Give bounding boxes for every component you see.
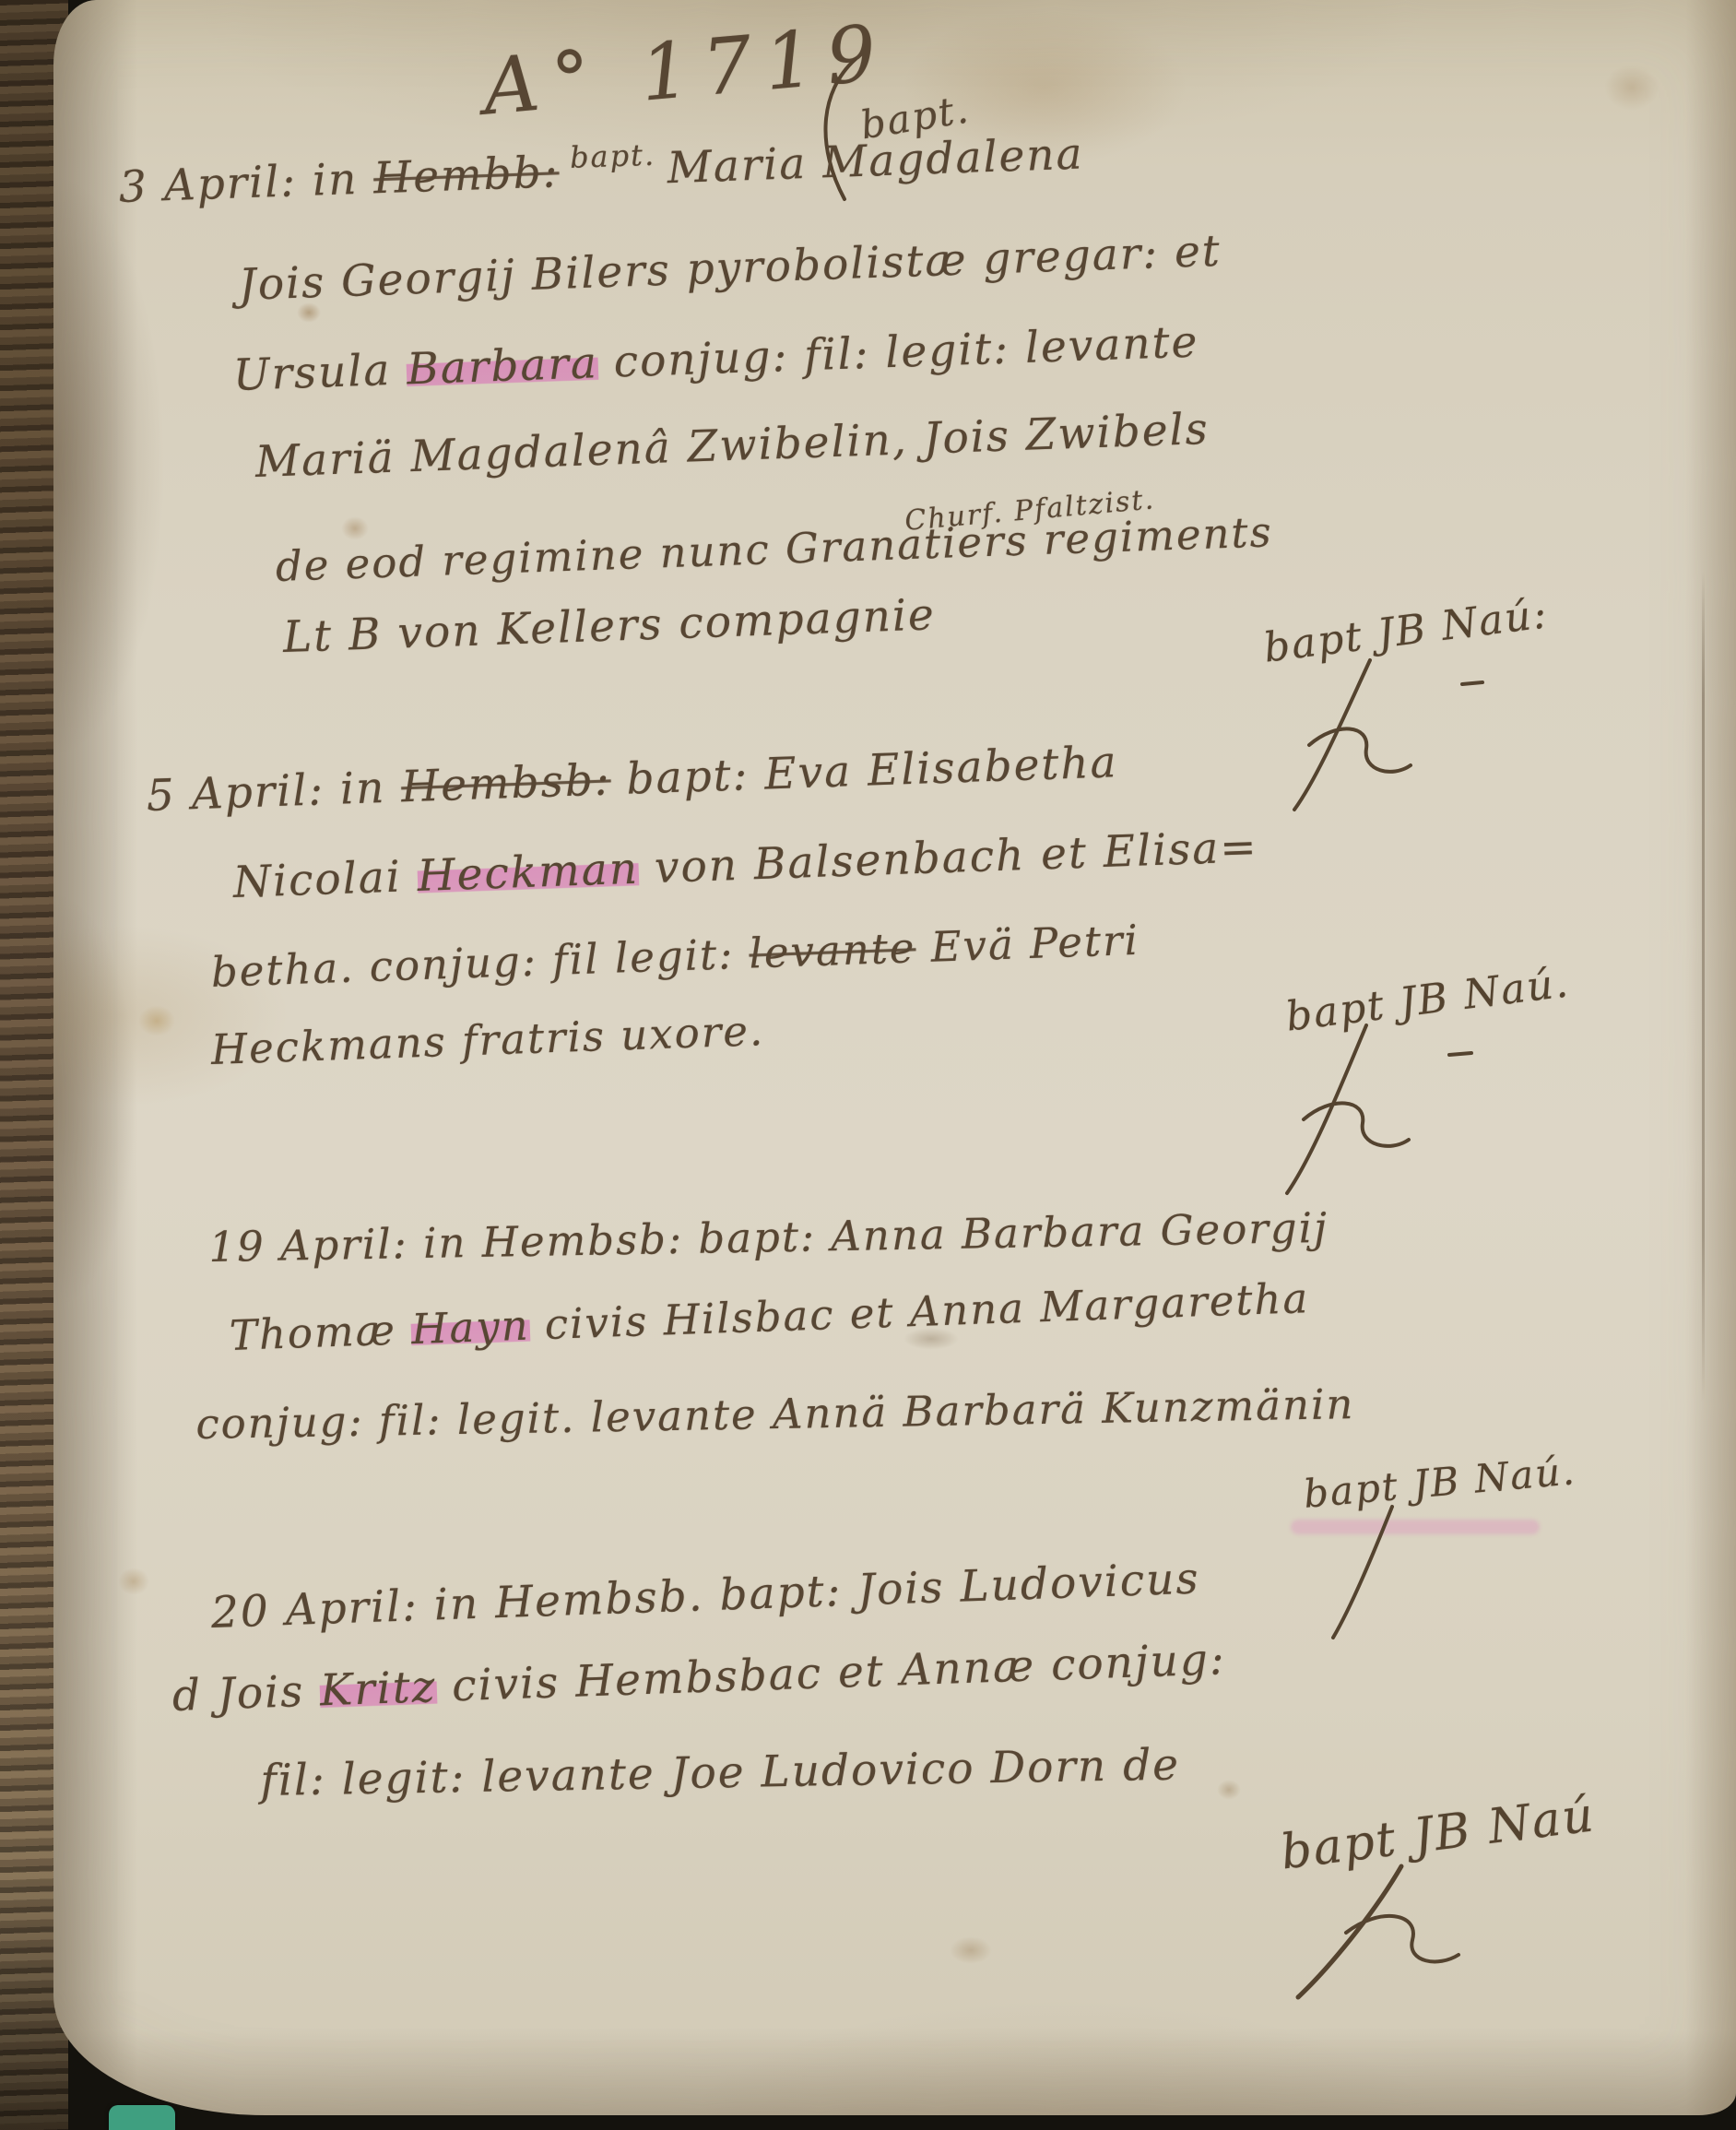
- scanned-register-page: A° 1719 bapt. 3 April: in Hembb: bapt. M…: [0, 0, 1736, 2130]
- line-text: 5 April: in: [146, 762, 402, 822]
- signature-flourish: [1328, 1503, 1475, 1641]
- interlinear-bapt: bapt.: [558, 136, 667, 175]
- struck-placename: Hembb:: [372, 147, 560, 204]
- struck-placename: Hembsb:: [400, 754, 611, 812]
- pink-highlighted-name: Kritz: [319, 1662, 437, 1716]
- signature-flourish: [1291, 1863, 1494, 2001]
- page-crease: [1702, 572, 1705, 1402]
- line-text: 3 April: in: [118, 153, 374, 213]
- signature-flourish: [1272, 1022, 1475, 1197]
- struck-word: levante: [749, 923, 917, 977]
- line-text: Nicolai: [232, 851, 419, 908]
- signature-flourish: [1281, 657, 1484, 813]
- pink-highlighted-name: Heckman: [417, 844, 640, 902]
- pink-highlighted-name: Hayn: [410, 1301, 530, 1354]
- line-text: Ursula: [232, 344, 407, 401]
- pink-highlighted-name: Barbara: [406, 337, 598, 395]
- teal-bookmark-tab: [109, 2105, 175, 2130]
- line-text: d Jois: [171, 1665, 321, 1722]
- line-text: Evä Petri: [915, 916, 1140, 972]
- line-text: Thomæ: [229, 1305, 412, 1360]
